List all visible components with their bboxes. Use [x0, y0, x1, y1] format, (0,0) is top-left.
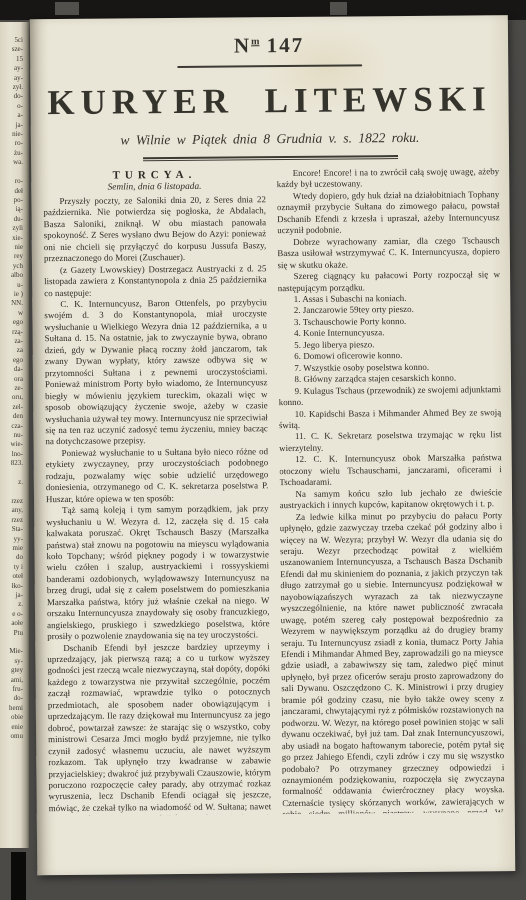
- paragraph: Dobrze wyrachowany zamiar, dla czego Tsc…: [277, 235, 500, 271]
- list-item: 12. C. K. Internuncyusz obok Marszałka p…: [279, 452, 502, 488]
- list-item: 9. Kulagus Tschaus (przewodnik) ze swoje…: [279, 384, 502, 409]
- binding-notch: [55, 2, 79, 15]
- paragraph: Encore! Encore! i na to zwrócił całą swo…: [277, 166, 500, 191]
- newspaper-page: Nm 147 KURYER LITEWSKI w Wilnie w Piątek…: [30, 15, 515, 875]
- paragraph: Na samym końcu szło lub jechało ze dwieś…: [279, 487, 502, 512]
- paragraph: Ponieważ wysłuchanie to u Sułtana było n…: [46, 446, 269, 505]
- issue-digits: 147: [267, 33, 305, 57]
- procession-order-list: 1. Assas i Subaschi na koniach. 2. Jancz…: [278, 292, 502, 489]
- right-column: Encore! Encore! i na to zwrócił całą swo…: [277, 166, 505, 814]
- article-dateline: Semlin, dnia 6 listopada.: [43, 182, 266, 195]
- left-column: TURCYA. Semlin, dnia 6 listopada. Przysz…: [43, 168, 271, 816]
- issue-number: Nm 147: [30, 31, 508, 60]
- article-columns: TURCYA. Semlin, dnia 6 listopada. Przysz…: [31, 158, 515, 816]
- paragraph: Wtedy dopiero, gdy huk dział na działobi…: [277, 189, 500, 237]
- list-item: 11. C. K. Sekretarz poselstwa trzymając …: [279, 430, 502, 455]
- binding-notch: [330, 2, 347, 15]
- scanned-newspaper-page: 5ci sze- 15 ay- ay- zył. do- o- a- ja- n…: [0, 0, 526, 900]
- paragraph: Dschanib Efendi był jeszcze bardziey upr…: [47, 641, 271, 816]
- newspaper-title: KURYER LITEWSKI: [30, 79, 508, 123]
- masthead-rule: [177, 64, 362, 68]
- masthead: Nm 147 KURYER LITEWSKI w Wilnie w Piątek…: [30, 15, 509, 162]
- paragraph: Za ledwie kilka minut po przybyciu do pa…: [280, 510, 505, 814]
- binding-bottom-strip: [11, 852, 26, 900]
- paragraph: Tąż samą koleją i tym samym porządkiem, …: [46, 503, 270, 642]
- issue-prefix: N: [234, 33, 251, 57]
- list-item: 10. Kapidschi Basza i Mihmander Ahmed Be…: [279, 407, 502, 432]
- masthead-dateline: w Wilnie w Piątek dnia 8 Grudnia v. s. 1…: [31, 129, 509, 149]
- paragraph: Przyszły poczty, ze Saloniki dnia 20, z …: [43, 194, 266, 265]
- paragraph: C. K. Internuncyusz, Baron Ottenfels, po…: [44, 297, 268, 448]
- section-heading: TURCYA.: [43, 169, 266, 182]
- issue-superscript: m: [251, 36, 259, 47]
- paragraph: Szereg ciągnący ku pałacowi Porty rozpoc…: [278, 269, 501, 294]
- paragraph: (z Gazety Lwowskiey) Dostrzegacz Austrya…: [44, 263, 267, 299]
- facing-page-edge-text: 5ci sze- 15 ay- ay- zył. do- o- a- ja- n…: [0, 22, 29, 848]
